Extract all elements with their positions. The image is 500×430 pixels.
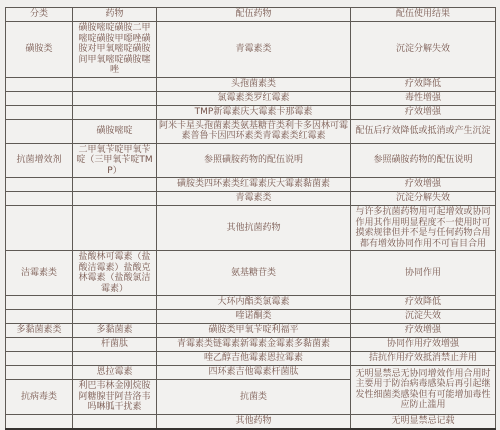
cell-paired: 参照磺胺药物的配伍说明 (157, 143, 351, 178)
cell-drug: 利巴韦林金刚烷胺阿糖腺苷阿昔洛韦吗啉胍干扰素 (73, 380, 157, 415)
cell-category: 洁霉素类 (6, 251, 73, 296)
cell-result: 毒性增强 (351, 91, 496, 105)
table-row: 抗菌增效剂二甲氧苄啶甲氧苄啶（三甲氧苄啶TMP）参照磺胺药物的配伍说明参照磺胺药… (6, 143, 496, 178)
table-row: 洁霉素类盐酸林可霉素（盐酸洁霉素）盐酸克林霉素（盐酸氯洁霉素）氨基糖苷类协同作用 (6, 251, 496, 296)
cell-paired: 喹乙醇吉他霉素恩拉霉素 (157, 352, 351, 366)
table-row: 氯霉素类罗红霉素毒性增强 (6, 91, 496, 105)
cell-category (6, 296, 73, 310)
table-row: 其他抗菌药物与许多抗菌药物用可起增效或协同作用其作用明显程度不一使用时可摸索规律… (6, 206, 496, 251)
table-row: 喹诺酮类沉淀失效 (6, 310, 496, 324)
cell-drug (73, 91, 157, 105)
drug-compatibility-table: 分类 药物 配伍药物 配伍使用结果 磺胺类磺胺嘧啶磺胺二甲嘧啶磺胺甲噁唑磺胺对甲… (5, 7, 496, 417)
cell-category (6, 352, 73, 366)
cell-drug (73, 296, 157, 310)
cell-category: 磺胺类 (6, 22, 73, 78)
cell-drug: 磺胺嘧啶磺胺二甲嘧啶磺胺甲噁唑磺胺对甲氧嘧啶磺胺间甲氧嘧啶磺胺噻唑 (73, 22, 157, 78)
cell-drug (73, 192, 157, 206)
table-body: 磺胺类磺胺嘧啶磺胺二甲嘧啶磺胺甲噁唑磺胺对甲氧嘧啶磺胺间甲氧嘧啶磺胺噻唑青霉素类… (6, 22, 496, 418)
cell-result: 与许多抗菌药物用可起增效或协同作用其作用明显程度不一使用时可摸索规律但并不是与任… (351, 206, 496, 251)
cell-result: 沉淀分解失效 (351, 22, 496, 78)
cell-paired: 大环内酯类氯霉素 (157, 296, 351, 310)
cell-paired: 其他抗菌药物 (157, 206, 351, 251)
cell-drug: 恩拉霉素 (73, 366, 157, 380)
cell-result: 参照磺胺药物的配伍说明 (351, 143, 496, 178)
drug-compatibility-table-container: 分类 药物 配伍药物 配伍使用结果 磺胺类磺胺嘧啶磺胺二甲嘧啶磺胺甲噁唑磺胺对甲… (5, 7, 495, 417)
cell-result: 拮抗作用疗效抵消禁止并用 (351, 352, 496, 366)
cell-category (6, 338, 73, 352)
cell-result: 沉淀分解失效 (351, 192, 496, 206)
cell-drug (73, 206, 157, 251)
cell-paired: 四环素吉他霉素杆菌肽 (157, 366, 351, 380)
cell-drug (73, 352, 157, 366)
cell-drug: 盐酸林可霉素（盐酸洁霉素）盐酸克林霉素（盐酸氯洁霉素） (73, 251, 157, 296)
table-row: 杆菌肽青霉素类链霉素新霉素金霉素多黏菌素协同作用疗效增强 (6, 338, 496, 352)
table-row: 磺胺类四环素类红霉素庆大霉素黏菌素疗效增强 (6, 178, 496, 192)
table-row: 磺胺嘧啶阿米卡星头孢菌素类氨基糖苷类利卡多因林可霉素普鲁卡因四环素类青霉素类红霉… (6, 119, 496, 143)
cell-result: 配伍后疗效降低或抵消或产生沉淀 (351, 119, 496, 143)
cell-category (6, 366, 73, 380)
cell-result: 疗效增强 (351, 178, 496, 192)
header-category: 分类 (6, 8, 73, 22)
header-drug: 药物 (73, 8, 157, 22)
cell-paired: TMP新霉素庆大霉素卡那霉素 (157, 105, 351, 119)
cell-paired: 喹诺酮类 (157, 310, 351, 324)
table-row: 大环内酯类氯霉素疗效降低 (6, 296, 496, 310)
table-header-row: 分类 药物 配伍药物 配伍使用结果 (6, 8, 496, 22)
cell-paired: 磺胺类甲氧苄啶利福平 (157, 324, 351, 338)
cell-category (6, 206, 73, 251)
cell-paired: 抗菌类 (157, 380, 351, 415)
cell-drug: 多黏菌素 (73, 324, 157, 338)
cell-drug: 杆菌肽 (73, 338, 157, 352)
table-row: 磺胺类磺胺嘧啶磺胺二甲嘧啶磺胺甲噁唑磺胺对甲氧嘧啶磺胺间甲氧嘧啶磺胺噻唑青霉素类… (6, 22, 496, 78)
cell-category (6, 192, 73, 206)
cell-category (6, 91, 73, 105)
table-row: 青霉素类沉淀分解失效 (6, 192, 496, 206)
cell-paired: 青霉素类 (157, 192, 351, 206)
cell-paired: 磺胺类四环素类红霉素庆大霉素黏菌素 (157, 178, 351, 192)
cell-paired: 氨基糖苷类 (157, 251, 351, 296)
cell-category (6, 105, 73, 119)
cell-result: 疗效增强 (351, 324, 496, 338)
cell-category (6, 77, 73, 91)
header-paired-drugs: 配伍药物 (157, 8, 351, 22)
cell-category (6, 119, 73, 143)
cell-paired: 头孢菌素类 (157, 77, 351, 91)
table-row: 恩拉霉素四环素吉他霉素杆菌肽无明显禁忌无协同增效作用合用时主要用于防治病毒感染后… (6, 366, 496, 380)
cell-result: 协同作用 (351, 251, 496, 296)
cell-result: 疗效降低 (351, 77, 496, 91)
cell-paired: 氯霉素类罗红霉素 (157, 91, 351, 105)
cell-drug (73, 310, 157, 324)
cell-result: 无明显禁忌无协同增效作用合用时主要用于防治病毒感染后再引起继发性细菌类感染但有可… (351, 366, 496, 415)
cell-drug (73, 77, 157, 91)
cell-result: 协同作用疗效增强 (351, 338, 496, 352)
cell-result: 疗效降低 (351, 296, 496, 310)
table-row: 头孢菌素类疗效降低 (6, 77, 496, 91)
cell-paired: 青霉素类链霉素新霉素金霉素多黏菌素 (157, 338, 351, 352)
table-row: TMP新霉素庆大霉素卡那霉素疗效增强 (6, 105, 496, 119)
cell-drug: 磺胺嘧啶 (73, 119, 157, 143)
cell-drug (73, 178, 157, 192)
cell-paired: 阿米卡星头孢菌素类氨基糖苷类利卡多因林可霉素普鲁卡因四环素类青霉素类红霉素 (157, 119, 351, 143)
cell-category (6, 178, 73, 192)
cell-category: 抗菌增效剂 (6, 143, 73, 178)
cell-drug (73, 105, 157, 119)
table-row: 喹乙醇吉他霉素恩拉霉素拮抗作用疗效抵消禁止并用 (6, 352, 496, 366)
cell-category: 抗病毒类 (6, 380, 73, 415)
cell-paired: 青霉素类 (157, 22, 351, 78)
header-result: 配伍使用结果 (351, 8, 496, 22)
cell-result: 疗效增强 (351, 105, 496, 119)
table-row: 多黏菌素类多黏菌素磺胺类甲氧苄啶利福平疗效增强 (6, 324, 496, 338)
cell-result: 沉淀失效 (351, 310, 496, 324)
cell-category (6, 310, 73, 324)
cell-category: 多黏菌素类 (6, 324, 73, 338)
cell-drug: 二甲氧苄啶甲氧苄啶（三甲氧苄啶TMP） (73, 143, 157, 178)
